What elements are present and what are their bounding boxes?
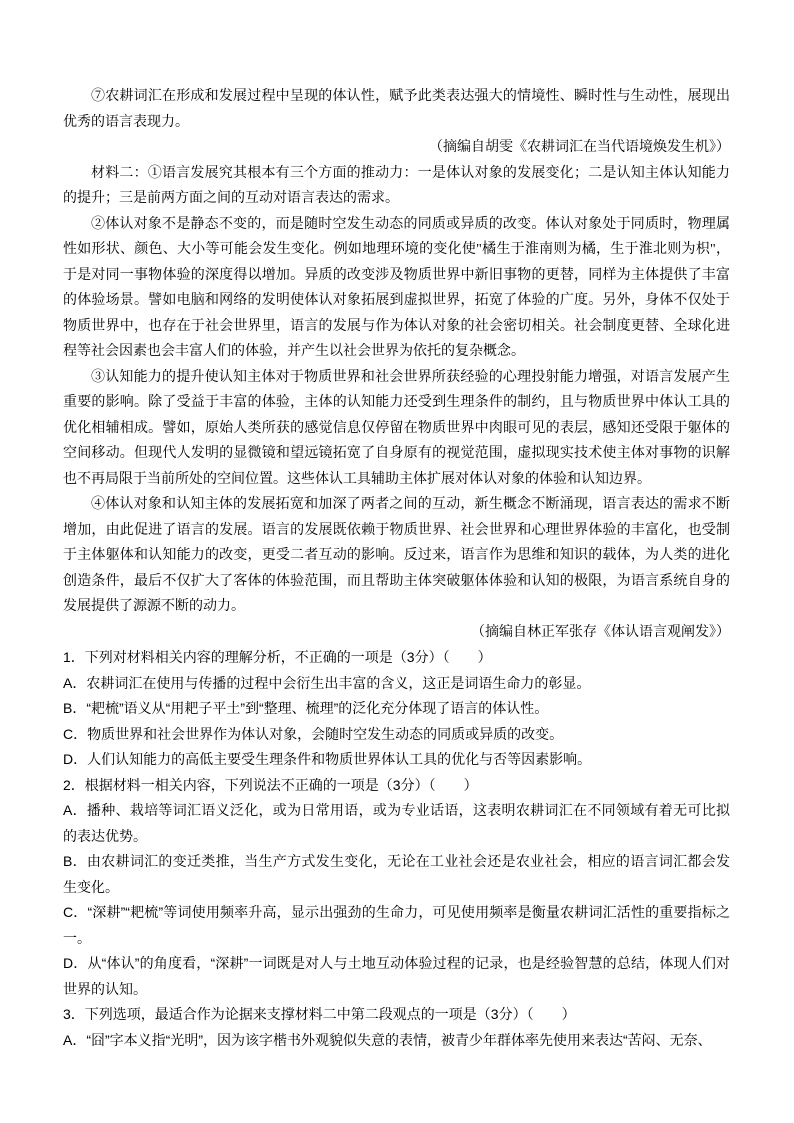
question-2-option-b: B．由农耕词汇的变迁类推，当生产方式发生变化，无论在工业社会还是农业社会，相应的… [63, 849, 730, 900]
question-1-option-a: A．农耕词汇在使用与传播的过程中会衍生出丰富的含义，这正是词语生命力的彰显。 [63, 671, 730, 697]
question-2-option-d: D．从“体认”的角度看，“深耕”一词既是对人与土地互动体验过程的记录，也是经验智… [63, 951, 730, 1002]
question-1-option-c: C．物质世界和社会世界作为体认对象，会随时空发生动态的同质或异质的改变。 [63, 722, 730, 748]
question-3-option-a: A．“囧”字本义指“光明”，因为该字楷书外观貌似失意的表情，被青少年群体率先使用… [63, 1028, 730, 1054]
material-two-paragraph-4: ④体认对象和认知主体的发展拓宽和加深了两者之间的互动，新生概念不断涌现，语言表达… [63, 492, 730, 620]
material-one-source-citation: （摘编自胡雯《农耕词汇在当代语境焕发生机》） [63, 135, 730, 161]
question-1-option-b: B．“耙梳”语义从“用耙子平土”到“整理、梳理”的泛化充分体现了语言的体认性。 [63, 696, 730, 722]
exam-page: ⑦农耕词汇在形成和发展过程中呈现的体认性，赋予此类表达强大的情境性、瞬时性与生动… [0, 0, 794, 1123]
material-two-paragraph-2: ②体认对象不是静态不变的，而是随时空发生动态的同质或异质的改变。体认对象处于同质… [63, 212, 730, 365]
question-1-option-d: D．人们认知能力的高低主要受生理条件和物质世界体认工具的优化与否等因素影响。 [63, 747, 730, 773]
question-2-option-c: C．“深耕”“耙梳”等词使用频率升高，显示出强劲的生命力，可见使用频率是衡量农耕… [63, 900, 730, 951]
question-2-option-a: A．播种、栽培等词汇语义泛化，或为日常用语，或为专业话语，这表明农耕词汇在不同领… [63, 798, 730, 849]
material-two-source-citation: （摘编自林正军张存《体认语言观阐发》） [63, 620, 730, 646]
material-one-paragraph-7: ⑦农耕词汇在形成和发展过程中呈现的体认性，赋予此类表达强大的情境性、瞬时性与生动… [63, 84, 730, 135]
question-3-stem: 3．下列选项，最适合作为论据来支撑材料二中第二段观点的一项是（3分）（ ） [63, 1002, 730, 1028]
material-two-paragraph-1: 材料二：①语言发展究其根本有三个方面的推动力：一是体认对象的发展变化；二是认知主… [63, 161, 730, 212]
question-2-stem: 2．根据材料一相关内容，下列说法不正确的一项是（3分）（ ） [63, 773, 730, 799]
material-two-paragraph-3: ③认知能力的提升使认知主体对于物质世界和社会世界所获经验的心理投射能力增强，对语… [63, 365, 730, 493]
question-1-stem: 1．下列对材料相关内容的理解分析，不正确的一项是（3分）（ ） [63, 645, 730, 671]
